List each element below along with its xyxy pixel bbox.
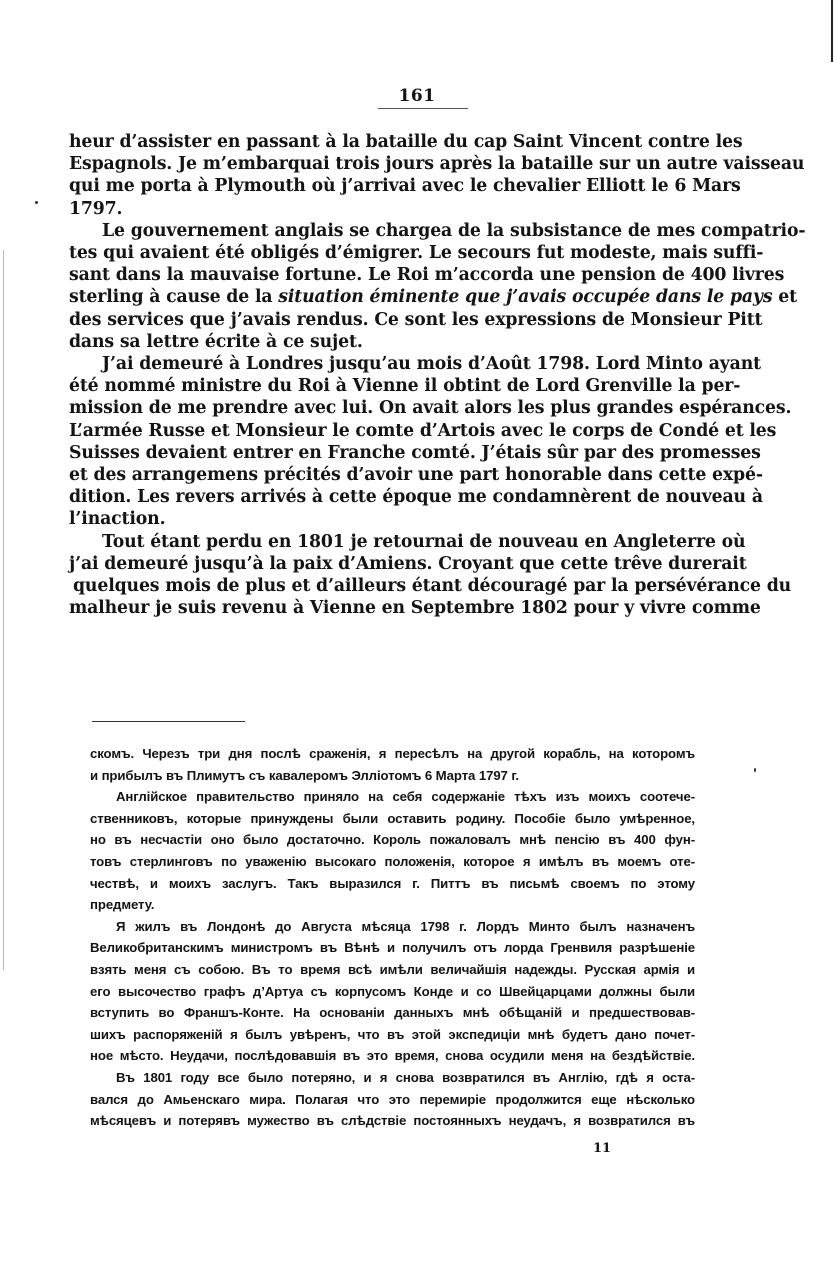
text-line: J’ai demeuré à Londres jusqu’au mois d’A… <box>69 353 695 375</box>
text-line: 1797. <box>69 198 695 220</box>
text-line: его высочество графъ д’Артуа съ корпусом… <box>90 981 695 1003</box>
printer-signature-mark: 11 <box>593 1141 611 1156</box>
text-line: j’ai demeuré jusqu’à la paix d’Amiens. C… <box>69 553 695 575</box>
footnote-russian-translation: скомъ. Черезъ три дня послѣ сраженія, я … <box>90 743 695 1132</box>
text-line: Въ 1801 году все было потеряно, и я снов… <box>90 1067 695 1089</box>
text-line: l’inaction. <box>69 508 695 530</box>
text-line: mission de me prendre avec lui. On avait… <box>69 397 695 419</box>
text-line: ное мѣсто. Неудачи, послѣдовавшія въ это… <box>90 1045 695 1067</box>
text-line: вался до Амьенскаго мира. Полагая что эт… <box>90 1089 695 1111</box>
text-line: malheur je suis revenu à Vienne en Septe… <box>69 597 695 619</box>
text-line: Tout étant perdu en 1801 je retournai de… <box>69 531 695 553</box>
main-paragraph: heur d’assister en passant à la bataille… <box>69 131 695 220</box>
text-line: и прибылъ въ Плимутъ съ кавалеромъ Эллiо… <box>90 765 695 787</box>
text-line: скомъ. Черезъ три дня послѣ сраженія, я … <box>90 743 695 765</box>
text-line: Великобританскимъ министромъ въ Вѣнѣ и п… <box>90 937 695 959</box>
text-line: вступить во Франшъ-Конте. На основаніи д… <box>90 1002 695 1024</box>
main-text: heur d’assister en passant à la bataille… <box>69 131 695 619</box>
main-paragraph: Tout étant perdu en 1801 je retournai de… <box>69 531 695 620</box>
text-line-with-italic: sterling à cause de la situation éminent… <box>69 286 695 308</box>
scan-edge-left <box>3 250 4 970</box>
text-line: tes qui avaient été obligés d’émigrer. L… <box>69 242 695 264</box>
text-line: qui me porta à Plymouth où j’arrivai ave… <box>69 175 695 197</box>
text-line: Я жилъ въ Лондонѣ до Августа мѣсяца 1798… <box>90 916 695 938</box>
text-line: dition. Les revers arrivés à cette époqu… <box>69 486 695 508</box>
footnote-paragraph: Англійское правительство приняло на себя… <box>90 786 695 916</box>
text-line: предмету. <box>90 894 695 916</box>
text-line: sant dans la mauvaise fortune. Le Roi m’… <box>69 264 695 286</box>
footnote-paragraph: скомъ. Черезъ три дня послѣ сраженія, я … <box>90 743 695 786</box>
footnote-separator <box>92 721 245 722</box>
scan-speck <box>35 201 38 204</box>
italic-quote: situation éminente que j’avais occupée d… <box>278 287 772 307</box>
text-line: des services que j’avais rendus. Ce sont… <box>69 309 695 331</box>
text-line: été nommé ministre du Roi à Vienne il ob… <box>69 375 695 397</box>
scan-edge-right <box>831 0 833 62</box>
text-line: но въ несчастіи оно было достаточно. Кор… <box>90 829 695 851</box>
text-line: Espagnols. Je m’embarquai trois jours ap… <box>69 153 695 175</box>
text-line: quelques mois de plus et d’ailleurs étan… <box>69 575 695 597</box>
text-line: чествѣ, и моихъ заслугъ. Такъ выразился … <box>90 873 695 895</box>
text-line: взять меня съ собою. Въ то время всѣ имѣ… <box>90 959 695 981</box>
text-line: ственниковъ, которые принуждены были ост… <box>90 808 695 830</box>
footnote-paragraph: Я жилъ въ Лондонѣ до Августа мѣсяца 1798… <box>90 916 695 1067</box>
text-line: Le gouvernement anglais se chargea de la… <box>69 220 695 242</box>
main-paragraph: Le gouvernement anglais se chargea de la… <box>69 220 695 353</box>
text-line: et des arrangemens précités d’avoir une … <box>69 464 695 486</box>
text-line: Англійское правительство приняло на себя… <box>90 786 695 808</box>
footnote-paragraph: Въ 1801 году все было потеряно, и я снов… <box>90 1067 695 1132</box>
text-line: шихъ распоряженій я былъ увѣренъ, что въ… <box>90 1024 695 1046</box>
text-line: dans sa lettre écrite à ce sujet. <box>69 331 695 353</box>
main-paragraph: J’ai demeuré à Londres jusqu’au mois d’A… <box>69 353 695 531</box>
page-number: 161 <box>0 86 834 106</box>
text-line: heur d’assister en passant à la bataille… <box>69 131 695 153</box>
text-line: мѣсяцевъ и потерявъ мужество въ слѣдстві… <box>90 1110 695 1132</box>
text-line: Suisses devaient entrer en Franche comté… <box>69 442 695 464</box>
text-line: L’armée Russe et Monsieur le comte d’Art… <box>69 420 695 442</box>
page-number-rule <box>378 108 468 109</box>
scan-speck <box>754 768 756 772</box>
text-line: товъ стерлинговъ по уваженію высокаго по… <box>90 851 695 873</box>
